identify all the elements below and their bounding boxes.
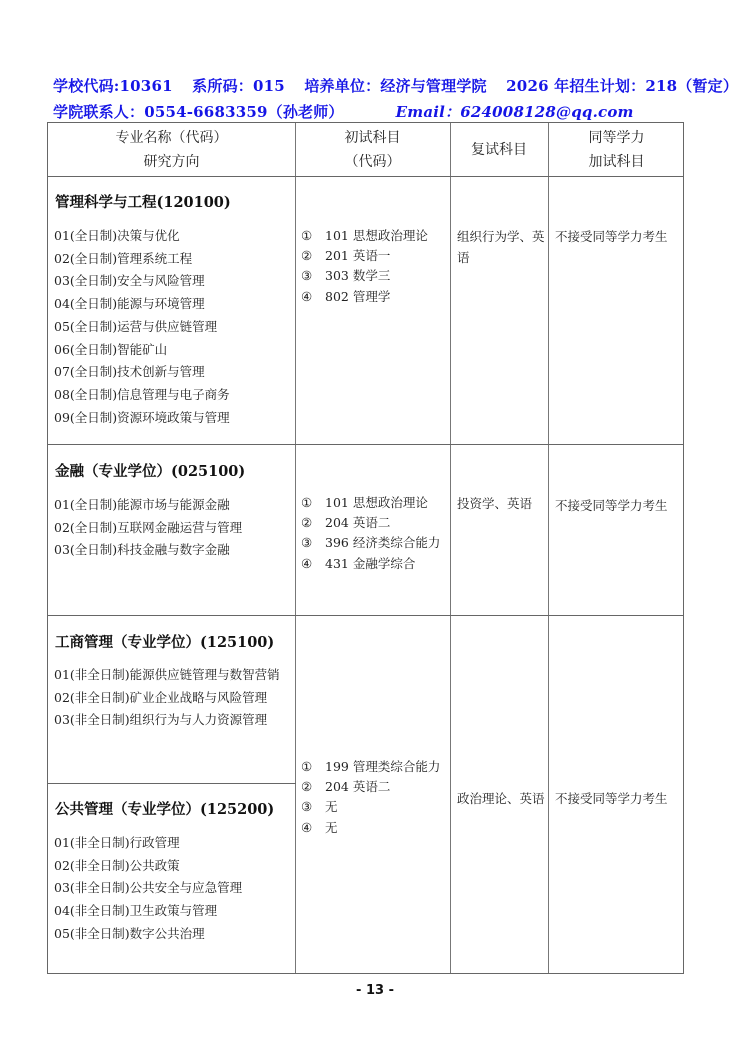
exam-subjects-list: ①101 思想政治理论 ②204 英语二 ③396 经济类综合能力 ④431 金… [301, 493, 440, 574]
exam-subjects-list: ①199 管理类综合能力 ②204 英语二 ③无 ④无 [301, 757, 440, 838]
contact-email: Email：624008128@qq.com [396, 103, 634, 121]
circled-number: ④ [301, 554, 325, 574]
circled-number: ③ [301, 266, 325, 286]
admission-table: 专业名称（代码） 研究方向 初试科目 （代码） 复试科目 同等学力 加试科目 管… [47, 122, 684, 974]
major-title: 工商管理（专业学位）(125100) [55, 631, 274, 652]
column-header-line: （代码） [295, 150, 450, 174]
direction-item: 05(非全日制)数字公共治理 [54, 923, 242, 946]
exam-subject-text: 201 英语一 [325, 248, 390, 263]
circled-number: ① [301, 493, 325, 513]
exam-subject-item: ①199 管理类综合能力 [301, 757, 440, 777]
exam-subject-item: ②201 英语一 [301, 246, 428, 266]
research-directions: 01(全日制)能源市场与能源金融 02(全日制)互联网金融运营与管理 03(全日… [54, 494, 242, 562]
circled-number: ② [301, 246, 325, 266]
column-header-equivalent: 同等学力 加试科目 [548, 126, 685, 174]
row-divider-first-column [48, 783, 296, 784]
retest-subjects: 政治理论、英语 [457, 788, 545, 809]
exam-subject-item: ④431 金融学综合 [301, 554, 440, 574]
exam-subject-text: 101 思想政治理论 [325, 228, 428, 243]
circled-number: ② [301, 513, 325, 533]
exam-subject-item: ②204 英语二 [301, 777, 440, 797]
exam-subject-item: ①101 思想政治理论 [301, 493, 440, 513]
document-header-line2: 学院联系人：0554-6683359（孙老师）Email：624008128@q… [53, 101, 648, 122]
row-divider [48, 444, 683, 445]
direction-item: 03(全日制)安全与风险管理 [54, 270, 230, 293]
column-header-exam-subjects: 初试科目 （代码） [295, 126, 450, 174]
circled-number: ④ [301, 818, 325, 838]
retest-subjects: 投资学、英语 [457, 493, 532, 514]
exam-subject-text: 204 英语二 [325, 779, 390, 794]
equivalent-requirement: 不接受同等学力考生 [555, 788, 668, 809]
column-header-line: 加试科目 [548, 150, 685, 174]
circled-number: ③ [301, 533, 325, 553]
column-divider [548, 123, 549, 973]
exam-subject-text: 396 经济类综合能力 [325, 535, 440, 550]
exam-subject-text: 无 [325, 799, 338, 814]
column-header-line: 同等学力 [548, 126, 685, 150]
major-title: 管理科学与工程(120100) [55, 191, 231, 212]
exam-subject-item: ④无 [301, 818, 440, 838]
exam-subject-item: ①101 思想政治理论 [301, 226, 428, 246]
direction-item: 01(全日制)决策与优化 [54, 225, 230, 248]
circled-number: ③ [301, 797, 325, 817]
direction-item: 02(非全日制)公共政策 [54, 855, 242, 878]
equivalent-requirement: 不接受同等学力考生 [555, 226, 668, 247]
direction-item: 04(全日制)能源与环境管理 [54, 293, 230, 316]
exam-subject-text: 101 思想政治理论 [325, 495, 428, 510]
column-divider [450, 123, 451, 973]
circled-number: ② [301, 777, 325, 797]
exam-subject-item: ②204 英语二 [301, 513, 440, 533]
column-header-line: 研究方向 [48, 150, 295, 174]
direction-item: 09(全日制)资源环境政策与管理 [54, 407, 230, 430]
direction-item: 03(非全日制)组织行为与人力资源管理 [54, 709, 280, 732]
column-header-retest: 复试科目 [450, 138, 548, 162]
exam-subjects-list: ①101 思想政治理论 ②201 英语一 ③303 数学三 ④802 管理学 [301, 226, 428, 307]
retest-line: 组织行为学、英 [457, 226, 545, 247]
circled-number: ① [301, 226, 325, 246]
department-code: 系所码：015 [192, 77, 285, 95]
exam-subject-item: ③无 [301, 797, 440, 817]
column-divider [295, 123, 296, 973]
direction-item: 01(全日制)能源市场与能源金融 [54, 494, 242, 517]
retest-subjects: 组织行为学、英 语 [457, 226, 545, 268]
contact-person: 学院联系人：0554-6683359（孙老师） [53, 103, 344, 121]
exam-subject-item: ③396 经济类综合能力 [301, 533, 440, 553]
research-directions: 01(非全日制)行政管理 02(非全日制)公共政策 03(非全日制)公共安全与应… [54, 832, 242, 946]
exam-subject-item: ③303 数学三 [301, 266, 428, 286]
exam-subject-item: ④802 管理学 [301, 287, 428, 307]
circled-number: ① [301, 757, 325, 777]
column-header-line: 专业名称（代码） [48, 126, 295, 150]
research-directions: 01(非全日制)能源供应链管理与数智营销 02(非全日制)矿业企业战略与风险管理… [54, 664, 280, 732]
retest-line: 语 [457, 247, 545, 268]
exam-subject-text: 199 管理类综合能力 [325, 759, 440, 774]
circled-number: ④ [301, 287, 325, 307]
enrollment-plan: 2026 年招生计划：218（暂定） [506, 77, 738, 95]
exam-subject-text: 802 管理学 [325, 289, 390, 304]
direction-item: 02(全日制)管理系统工程 [54, 248, 230, 271]
document-header-line1: 学校代码:10361 系所码：015 培养单位：经济与管理学院 2026 年招生… [53, 75, 750, 96]
exam-subject-text: 431 金融学综合 [325, 556, 415, 571]
column-header-line: 复试科目 [450, 138, 548, 162]
direction-item: 07(全日制)技术创新与管理 [54, 361, 230, 384]
row-divider [48, 615, 683, 616]
direction-item: 04(非全日制)卫生政策与管理 [54, 900, 242, 923]
direction-item: 06(全日制)智能矿山 [54, 339, 230, 362]
exam-subject-text: 303 数学三 [325, 268, 390, 283]
column-header-line: 初试科目 [295, 126, 450, 150]
page-number: - 13 - [0, 983, 750, 998]
exam-subject-text: 无 [325, 820, 338, 835]
column-header-major: 专业名称（代码） 研究方向 [48, 126, 295, 174]
exam-subject-text: 204 英语二 [325, 515, 390, 530]
direction-item: 03(全日制)科技金融与数字金融 [54, 539, 242, 562]
header-row-divider [48, 176, 683, 177]
school-code: 学校代码:10361 [53, 77, 173, 95]
direction-item: 02(全日制)互联网金融运营与管理 [54, 517, 242, 540]
direction-item: 08(全日制)信息管理与电子商务 [54, 384, 230, 407]
direction-item: 02(非全日制)矿业企业战略与风险管理 [54, 687, 280, 710]
direction-item: 05(全日制)运营与供应链管理 [54, 316, 230, 339]
training-unit: 培养单位：经济与管理学院 [304, 77, 486, 95]
major-title: 金融（专业学位）(025100) [55, 460, 245, 481]
research-directions: 01(全日制)决策与优化 02(全日制)管理系统工程 03(全日制)安全与风险管… [54, 225, 230, 429]
direction-item: 03(非全日制)公共安全与应急管理 [54, 877, 242, 900]
direction-item: 01(非全日制)能源供应链管理与数智营销 [54, 664, 280, 687]
major-title: 公共管理（专业学位）(125200) [55, 798, 274, 819]
equivalent-requirement: 不接受同等学力考生 [555, 495, 668, 516]
direction-item: 01(非全日制)行政管理 [54, 832, 242, 855]
